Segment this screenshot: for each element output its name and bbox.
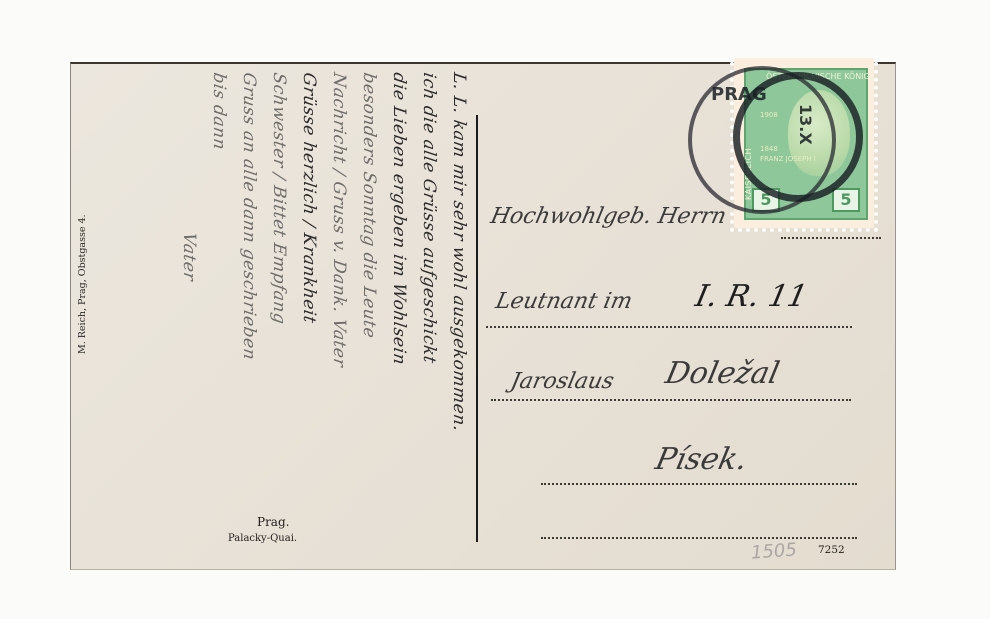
postmark-date: 13.X	[796, 104, 815, 145]
address-line-2: Leutnant im	[493, 289, 634, 314]
pencil-note: 1505	[750, 539, 797, 563]
address-regiment: I. R. 11	[692, 279, 810, 314]
stamp-value-right: 5	[832, 188, 860, 212]
message-line: Nachricht / Gruss v. Dank. Vater	[329, 71, 349, 368]
message-line: bis dann	[209, 71, 229, 151]
handwritten-message: L. L. kam mir sehr wohl ausgekommen. ich…	[91, 74, 481, 544]
address-line-dotted	[541, 537, 857, 539]
message-line: Schwester / Bittet Empfang	[269, 71, 289, 325]
address-line-dotted	[781, 237, 881, 239]
message-line: Grüsse herzlich / Krankheit	[299, 71, 319, 324]
publisher-imprint: M. Reich, Prag, Obstgasse 4.	[77, 214, 88, 354]
postcard: L. L. kam mir sehr wohl ausgekommen. ich…	[70, 62, 896, 570]
address-city: Písek.	[652, 442, 750, 477]
address-line-1: Hochwohlgeb. Herrn	[488, 204, 728, 229]
message-line: ich die alle Grüsse aufgeschickt	[419, 71, 439, 365]
address-line-dotted	[541, 483, 857, 485]
address-line-dotted	[491, 399, 851, 401]
caption-subtitle: Palacky-Quai.	[228, 533, 297, 544]
address-line-3a: Jaroslaus	[508, 369, 616, 394]
message-line: die Lieben ergeben im Wohlsein	[389, 71, 409, 366]
message-line: Gruss an alle dann geschrieben	[239, 71, 259, 361]
message-signature: Vater	[179, 231, 199, 282]
postmark-city: PRAG	[711, 84, 767, 105]
message-line: L. L. kam mir sehr wohl ausgekommen.	[449, 71, 469, 433]
address-name: Doležal	[662, 356, 782, 391]
message-line: besonders Sonntag die Leute	[359, 71, 379, 339]
address-line-dotted	[486, 326, 852, 328]
caption-title: Prag.	[257, 515, 289, 529]
catalog-number: 7252	[818, 544, 845, 556]
